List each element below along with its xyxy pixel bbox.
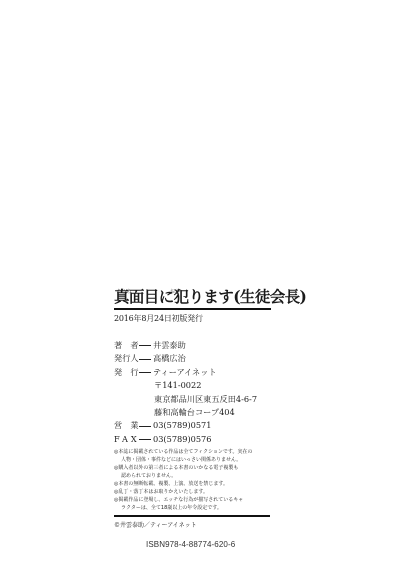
leader-dash <box>139 372 151 373</box>
leader-dash <box>139 345 151 346</box>
note-line: ◎乱丁・落丁本はお取りかえいたします。 <box>114 488 290 496</box>
publisher-label: 発 行 <box>114 366 138 379</box>
author-label: 著 者 <box>114 339 138 352</box>
legal-notes: ◎本誌に掲載されている作品は全てフィクションです。実在の 人物・団体・事件などに… <box>114 448 290 512</box>
colophon: まじめ おか 真面目に犯ります(生徒会長) 2016年8月24日初版発行 著 者… <box>114 281 290 549</box>
note-line: ◎本誌に掲載されている作品は全てフィクションです。実在の <box>114 448 290 456</box>
credit-publisher: 発 行 ティーアイネット <box>114 366 290 379</box>
isbn: ISBN978-4-88774-620-6 <box>114 540 290 549</box>
bottom-rule <box>114 515 270 517</box>
title-block: まじめ おか 真面目に犯ります(生徒会長) <box>114 288 290 305</box>
credit-fax: FAX 03(5789)0576 <box>114 433 290 446</box>
leader-dash <box>139 439 151 440</box>
fax-label: FAX <box>114 433 138 446</box>
note-line: ◎掲載作品に登場し、エッチな行為が描写されているキャ <box>114 496 290 504</box>
note-line: ◎購入者以外の第三者による本書のいかなる電子複製も <box>114 464 290 472</box>
publication-date: 2016年8月24日初版発行 <box>114 313 290 324</box>
fax-label-text: FAX <box>114 433 140 446</box>
fax-number: 03(5789)0576 <box>153 433 211 446</box>
note-line: 人物・団体・事件などにはいっさい関係ありません。 <box>114 456 290 464</box>
publisher-value: ティーアイネット <box>153 366 217 379</box>
author-value: 井雲泰助 <box>153 339 186 352</box>
publisher-postal: 〒141-0022 <box>114 379 290 392</box>
credit-author: 著 者 井雲泰助 <box>114 339 290 352</box>
copyright-notice: ©井雲泰助／ティーアイネット <box>114 520 290 529</box>
publisher-address-2: 藤和高輪台コープ404 <box>114 406 290 419</box>
note-line: 認められておりません。 <box>114 472 290 480</box>
publisher-address-1: 東京都品川区東五反田4-6-7 <box>114 393 290 406</box>
note-line: ◎本書の無断転載、複製、上演、放送を禁じます。 <box>114 480 290 488</box>
issuer-value: 高橋広治 <box>153 352 186 365</box>
issuer-label: 発行人 <box>114 352 138 365</box>
note-line: ラクターは、全て18歳以上の年令設定です。 <box>114 504 290 512</box>
credits: 著 者 井雲泰助 発行人 高橋広治 発 行 ティーアイネット 〒141-0022… <box>114 339 290 446</box>
credit-issuer: 発行人 高橋広治 <box>114 352 290 365</box>
leader-dash <box>139 426 151 427</box>
leader-dash <box>139 359 151 360</box>
book-title: 真面目に犯ります(生徒会長) <box>114 288 290 305</box>
credit-sales: 営 業 03(5789)0571 <box>114 419 290 432</box>
sales-label: 営 業 <box>114 419 138 432</box>
ruby-oka: おか <box>170 288 180 295</box>
title-rule <box>114 308 271 310</box>
ruby-majime: まじめ <box>116 288 131 295</box>
sales-phone: 03(5789)0571 <box>153 419 211 432</box>
